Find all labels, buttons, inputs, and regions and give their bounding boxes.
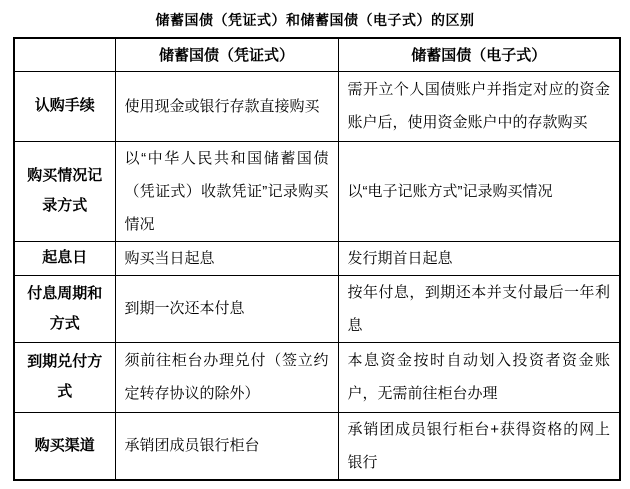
table-row-subscription-procedure: 认购手续 使用现金或银行存款直接购买 需开立个人国债账户并指定对应的资金账户后，…	[14, 71, 620, 141]
cell-purchase-record-method-electronic: 以“电子记账方式”记录购买情况	[338, 141, 620, 241]
bond-comparison-table: 储蓄国债（凭证式） 储蓄国债（电子式） 认购手续 使用现金或银行存款直接购买 需…	[13, 37, 621, 481]
cell-maturity-redemption-method-electronic: 本息资金按时自动划入投资者资金账户，无需前往柜台办理	[338, 342, 620, 412]
cell-interest-payment-cycle-certificate: 到期一次还本付息	[115, 275, 338, 342]
table-row-purchase-record-method: 购买情况记录方式 以“中华人民共和国储蓄国债（凭证式）收款凭证”记录购买情况 以…	[14, 141, 620, 241]
table-row-interest-start-date: 起息日 购买当日起息 发行期首日起息	[14, 241, 620, 275]
cell-subscription-procedure-certificate: 使用现金或银行存款直接购买	[115, 71, 338, 141]
cell-maturity-redemption-method-certificate: 须前往柜台办理兑付（签立约定转存协议的除外）	[115, 342, 338, 412]
row-label-subscription-procedure: 认购手续	[14, 71, 115, 141]
cell-subscription-procedure-electronic: 需开立个人国债账户并指定对应的资金账户后，使用资金账户中的存款购买	[338, 71, 620, 141]
row-label-interest-payment-cycle: 付息周期和方式	[14, 275, 115, 342]
column-header-certificate-bond: 储蓄国债（凭证式）	[115, 38, 338, 71]
cell-purchase-channel-electronic: 承销团成员银行柜台+获得资格的网上银行	[338, 412, 620, 480]
table-row-maturity-redemption-method: 到期兑付方式 须前往柜台办理兑付（签立约定转存协议的除外） 本息资金按时自动划入…	[14, 342, 620, 412]
page-title: 储蓄国债（凭证式）和储蓄国债（电子式）的区别	[0, 10, 630, 30]
cell-purchase-channel-certificate: 承销团成员银行柜台	[115, 412, 338, 480]
row-label-purchase-channel: 购买渠道	[14, 412, 115, 480]
table-row-interest-payment-cycle: 付息周期和方式 到期一次还本付息 按年付息，到期还本并支付最后一年利息	[14, 275, 620, 342]
header-row: 储蓄国债（凭证式） 储蓄国债（电子式）	[14, 38, 620, 71]
table-header: 储蓄国债（凭证式） 储蓄国债（电子式）	[14, 38, 620, 71]
column-header-blank	[14, 38, 115, 71]
row-label-interest-start-date: 起息日	[14, 241, 115, 275]
column-header-electronic-bond: 储蓄国债（电子式）	[338, 38, 620, 71]
table-row-purchase-channel: 购买渠道 承销团成员银行柜台 承销团成员银行柜台+获得资格的网上银行	[14, 412, 620, 480]
table-body: 认购手续 使用现金或银行存款直接购买 需开立个人国债账户并指定对应的资金账户后，…	[14, 71, 620, 480]
cell-interest-start-date-certificate: 购买当日起息	[115, 241, 338, 275]
cell-interest-payment-cycle-electronic: 按年付息，到期还本并支付最后一年利息	[338, 275, 620, 342]
cell-purchase-record-method-certificate: 以“中华人民共和国储蓄国债（凭证式）收款凭证”记录购买情况	[115, 141, 338, 241]
cell-interest-start-date-electronic: 发行期首日起息	[338, 241, 620, 275]
row-label-purchase-record-method: 购买情况记录方式	[14, 141, 115, 241]
row-label-maturity-redemption-method: 到期兑付方式	[14, 342, 115, 412]
